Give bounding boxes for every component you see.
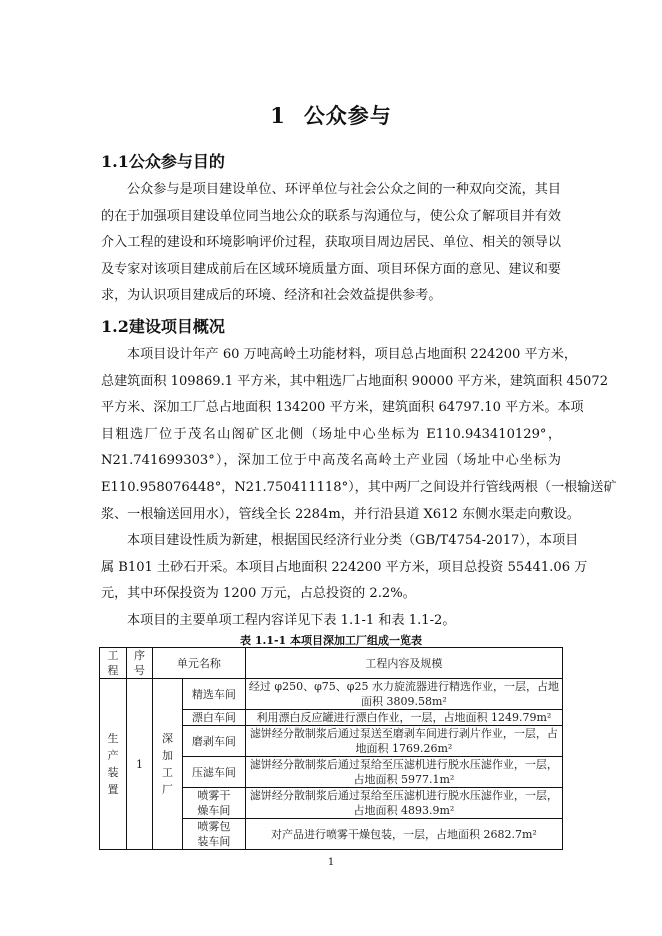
unit-name: 精选车间 [182, 679, 245, 710]
header-content: 工程内容及规模 [245, 648, 562, 679]
header-unit-name: 单元名称 [152, 648, 245, 679]
unit-name: 压滤车间 [182, 757, 245, 788]
paragraph-line: 的在于加强项目建设单位同当地公众的联系与沟通位与，使公众了解项目并有效 [101, 204, 561, 231]
header-project: 工程 [100, 648, 127, 679]
group-project: 生产装置 [100, 679, 127, 850]
paragraph-line: 本项目设计年产 60 万吨高岭土功能材料，项目总占地面积 224200 平方米， [101, 342, 561, 369]
paragraph-line: 及专家对该项目建成前后在区域环境质量方面、项目环保方面的意见、建议和要 [101, 257, 561, 284]
group-seq: 1 [126, 679, 152, 850]
unit-content: 对产品进行喷雾干燥包装，一层，占地面积 2682.7m² [245, 819, 562, 850]
section-heading-1-2: 1.2建设项目概况 [101, 314, 225, 337]
unit-name: 漂白车间 [182, 710, 245, 726]
paragraph-line: 介入工程的建设和环境影响评价过程，获取项目周边居民、单位、相关的领导以 [101, 230, 561, 257]
group-plant: 深加工厂 [152, 679, 182, 850]
page-number: 1 [0, 857, 662, 868]
paragraph-line: 本项目的主要单项工程内容详见下表 1.1-1 和表 1.1-2。 [101, 608, 561, 635]
table-header-row: 工程 序号 单元名称 工程内容及规模 [100, 648, 563, 679]
chapter-title: 1公众参与 [0, 100, 662, 130]
unit-content: 滤饼经分散制浆后通过泵给至压滤机进行脱水压滤作业，一层，占地面积 4893.9m… [245, 788, 562, 819]
plant-composition-table: 工程 序号 单元名称 工程内容及规模 生产装置 1 深加工厂 精选车间 经过 φ… [99, 647, 563, 850]
section-1-2-paragraph-3: 本项目的主要单项工程内容详见下表 1.1-1 和表 1.1-2。 [101, 608, 561, 635]
chapter-number: 1 [270, 103, 286, 128]
unit-name: 磨剥车间 [182, 726, 245, 757]
unit-content: 利用漂白反应罐进行漂白作业，一层，占地面积 1249.79m² [245, 710, 562, 726]
paragraph-line: 公众参与是项目建设单位、环评单位与社会公众之间的一种双向交流，其目 [101, 177, 561, 204]
paragraph-line: 浆、一根输送回用水），管线全长 2284m，并行沿县道 X612 东侧水渠走向敷… [101, 502, 561, 529]
paragraph-line: N21.741699303°），深加工位于中高茂名高岭土产业园（场址中心坐标为 [101, 448, 561, 475]
paragraph-line: E110.958076448°，N21.750411118°），其中两厂之间设并… [101, 475, 561, 502]
header-seq: 序号 [126, 648, 152, 679]
unit-content: 滤饼经分散制浆后通过泵送至磨剥车间进行剥片作业，一层，占地面积 1769.26m… [245, 726, 562, 757]
unit-content: 经过 φ250、φ75、φ25 水力旋流器进行精选作业，一层，占地面积 3809… [245, 679, 562, 710]
section-1-2-paragraph-2: 本项目建设性质为新建，根据国民经济行业分类（GB/T4754-2017），本项目… [101, 528, 561, 608]
section-1-2-paragraph-1: 本项目设计年产 60 万吨高岭土功能材料，项目总占地面积 224200 平方米，… [101, 342, 561, 528]
unit-name: 喷雾包装车间 [182, 819, 245, 850]
paragraph-line: 本项目建设性质为新建，根据国民经济行业分类（GB/T4754-2017），本项目 [101, 528, 561, 555]
paragraph-line: 目粗选厂位于茂名山阁矿区北侧（场址中心坐标为 E110.943410129°， [101, 422, 561, 449]
paragraph-line: 属 B101 土砂石开采。本项目占地面积 224200 平方米，项目总投资 55… [101, 555, 561, 582]
document-page: 1公众参与 1.1公众参与目的 公众参与是项目建设单位、环评单位与社会公众之间的… [0, 0, 662, 936]
table-caption: 表 1.1-1 本项目深加工厂组成一览表 [0, 632, 662, 648]
section-heading-1-1: 1.1公众参与目的 [101, 149, 225, 172]
chapter-title-text: 公众参与 [304, 103, 392, 128]
section-1-1-paragraph: 公众参与是项目建设单位、环评单位与社会公众之间的一种双向交流，其目 的在于加强项… [101, 177, 561, 310]
paragraph-line: 总建筑面积 109869.1 平方米，其中粗选厂占地面积 90000 平方米，建… [101, 369, 561, 396]
unit-content: 滤饼经分散制浆后通过泵给至压滤机进行脱水压滤作业，一层，占地面积 5977.1m… [245, 757, 562, 788]
paragraph-line: 平方米、深加工厂总占地面积 134200 平方米，建筑面积 64797.10 平… [101, 395, 561, 422]
unit-name: 喷雾干燥车间 [182, 788, 245, 819]
paragraph-line: 求，为认识项目建成后的环境、经济和社会效益提供参考。 [101, 283, 561, 310]
table-row: 生产装置 1 深加工厂 精选车间 经过 φ250、φ75、φ25 水力旋流器进行… [100, 679, 563, 710]
paragraph-line: 元，其中环保投资为 1200 万元，占总投资的 2.2%。 [101, 581, 561, 608]
